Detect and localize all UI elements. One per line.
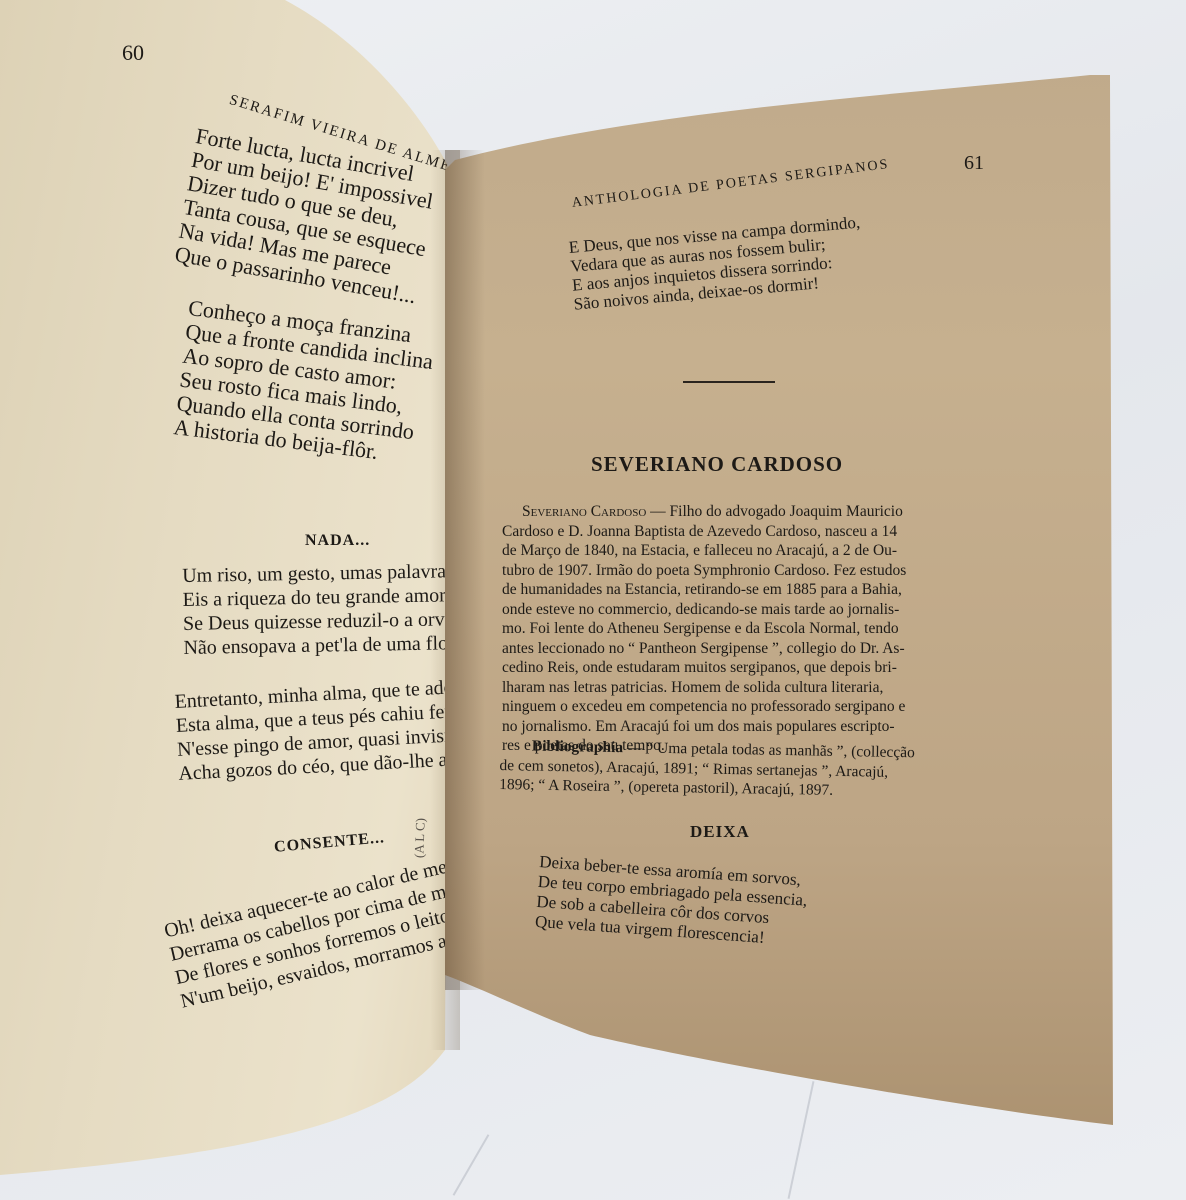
bio-line: cedino Reis, onde estudaram muitos sergi… [502, 658, 906, 678]
section-title: SEVERIANO CARDOSO [591, 452, 843, 477]
bio-line: mo. Foi lente do Atheneu Sergipense e da… [502, 619, 906, 639]
page-number: 61 [964, 152, 984, 175]
bio-line: Cardoso e D. Joanna Baptista de Azevedo … [502, 522, 906, 542]
page-gutter-shadow [445, 150, 485, 990]
poem-title: CONSENTE... [273, 829, 385, 857]
poem-stanza: Conheço a moça franzina Que a fronte can… [172, 296, 437, 469]
bibliography-label: Bibliographia [532, 738, 624, 757]
bio-line: antes leccionado no “ Pantheon Sergipens… [502, 639, 906, 659]
biography-paragraph: Severiano Cardoso — Filho do advogado Jo… [502, 502, 906, 756]
bio-line: no jornalismo. Em Aracajú foi um dos mai… [502, 717, 906, 737]
section-divider [683, 381, 775, 383]
bio-line: ninguem o excedeu em competencia no prof… [502, 697, 906, 717]
author-initials: (A L C) [411, 818, 428, 859]
page-number: 60 [122, 40, 144, 66]
poem-title: NADA... [305, 532, 370, 550]
surface-crease [788, 1081, 815, 1199]
surface-crease [453, 1134, 490, 1196]
bio-line: lharam nas letras patricias. Homem de so… [502, 678, 906, 698]
bio-line: de Março de 1840, na Estacia, e falleceu… [502, 541, 906, 561]
bio-line: onde esteve no commercio, dedicando-se m… [502, 600, 906, 620]
left-page: 60 SERAFIM VIEIRA DE ALMEIDA Forte lucta… [0, 0, 460, 1200]
bio-line: Severiano Cardoso — Filho do advogado Jo… [502, 502, 906, 522]
bio-line: de humanidades na Estancia, retirando-se… [502, 580, 906, 600]
bibliography-paragraph: Bibliographia — “ Uma petala todas as ma… [499, 736, 915, 802]
author-name: Severiano Cardoso [522, 503, 646, 520]
bio-line: tubro de 1907. Irmão do poeta Symphronio… [502, 561, 906, 581]
poem-title: DEIXA [690, 822, 750, 842]
